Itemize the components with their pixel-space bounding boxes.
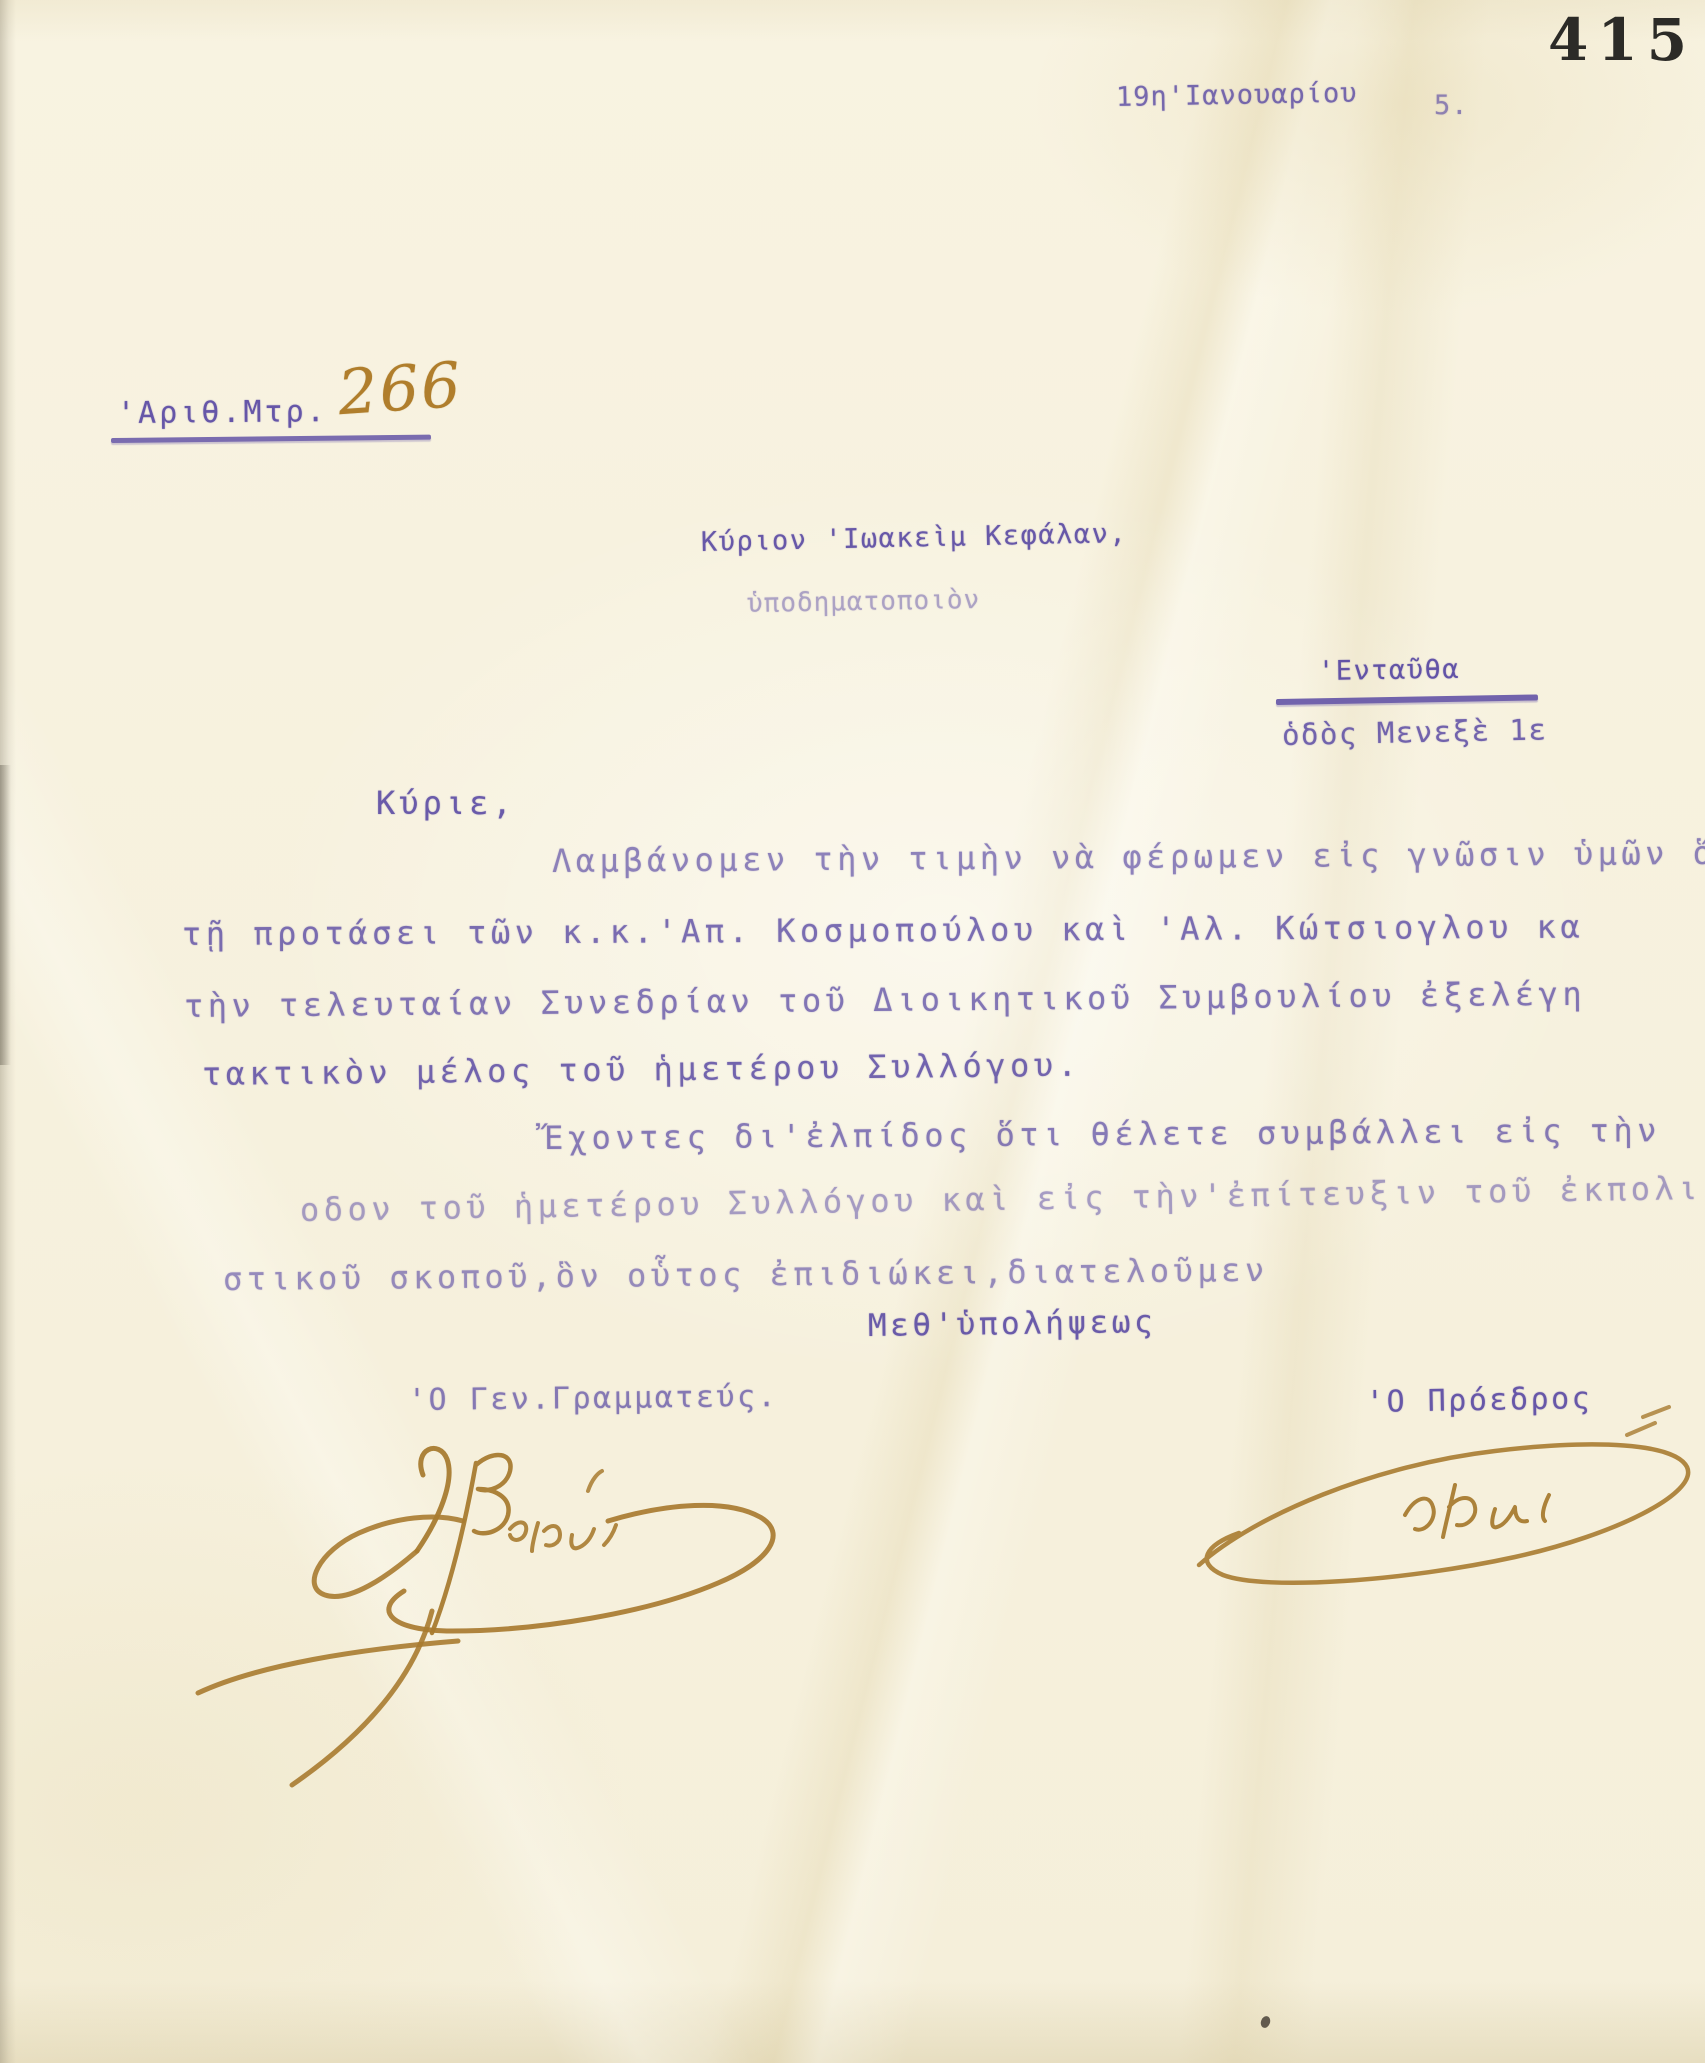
body-p1-line4: τακτικὸν μέλος τοῦ ἡμετέρου Συλλόγου. <box>202 1046 1082 1093</box>
reference-label: 'Αριθ.Μτρ. <box>117 394 328 431</box>
body-p1-line2: τῇ προτάσει τῶν κ.κ.'Απ. Κοσμοπούλου καὶ… <box>182 908 1584 953</box>
body-p1-line3: τὴν τελευταίαν Συνεδρίαν τοῦ Διοικητικοῦ… <box>184 975 1586 1025</box>
body-p1-line1: Λαμβάνομεν τὴν τιμὴν νὰ φέρωμεν εἰς γνῶσ… <box>552 834 1705 880</box>
secretary-title: 'Ο Γεν.Γραμματεύς. <box>408 1379 778 1418</box>
ink-speck <box>1259 2015 1272 2029</box>
body-p2-line2: οδον τοῦ ἡμετέρου Συλλόγου καὶ εἰς τὴν'ἐ… <box>300 1169 1703 1229</box>
reference-underline <box>111 435 431 443</box>
secretary-signature <box>180 1425 880 1785</box>
place-line: 'Ενταῦθα <box>1318 654 1460 687</box>
date-year: 5. <box>1434 90 1469 121</box>
salutation: Κύριε, <box>376 784 516 822</box>
body-p2-line1: Ἔχοντες δι'ἐλπίδος ὅτι θέλετε συμβάλλει … <box>544 1111 1661 1157</box>
date-day-month: 19η'Ιανουαρίου <box>1116 78 1358 113</box>
president-signature <box>1175 1395 1705 1610</box>
closing-line: Μεθ'ὑπολήψεως <box>868 1304 1157 1344</box>
letter-page: 415 19η'Ιανουαρίου 5. 'Αριθ.Μτρ. 266 Κύρ… <box>0 0 1705 2063</box>
scan-left-edge-dark <box>0 765 11 1065</box>
reference-number-handwritten: 266 <box>336 348 465 429</box>
recipient-name: Κύριον 'Ιωακεὶμ Κεφάλαν, <box>701 518 1128 558</box>
place-underline <box>1276 694 1538 705</box>
recipient-occupation: ὑποδηματοποιὸν <box>747 585 981 619</box>
folio-number: 415 <box>1548 6 1696 74</box>
address-line: ὁδὸς Μενεξὲ 1ε <box>1282 712 1548 752</box>
body-p2-line3: στικοῦ σκοποῦ,ὃν οὗτος ἐπιδιώκει,διατελο… <box>223 1251 1269 1298</box>
